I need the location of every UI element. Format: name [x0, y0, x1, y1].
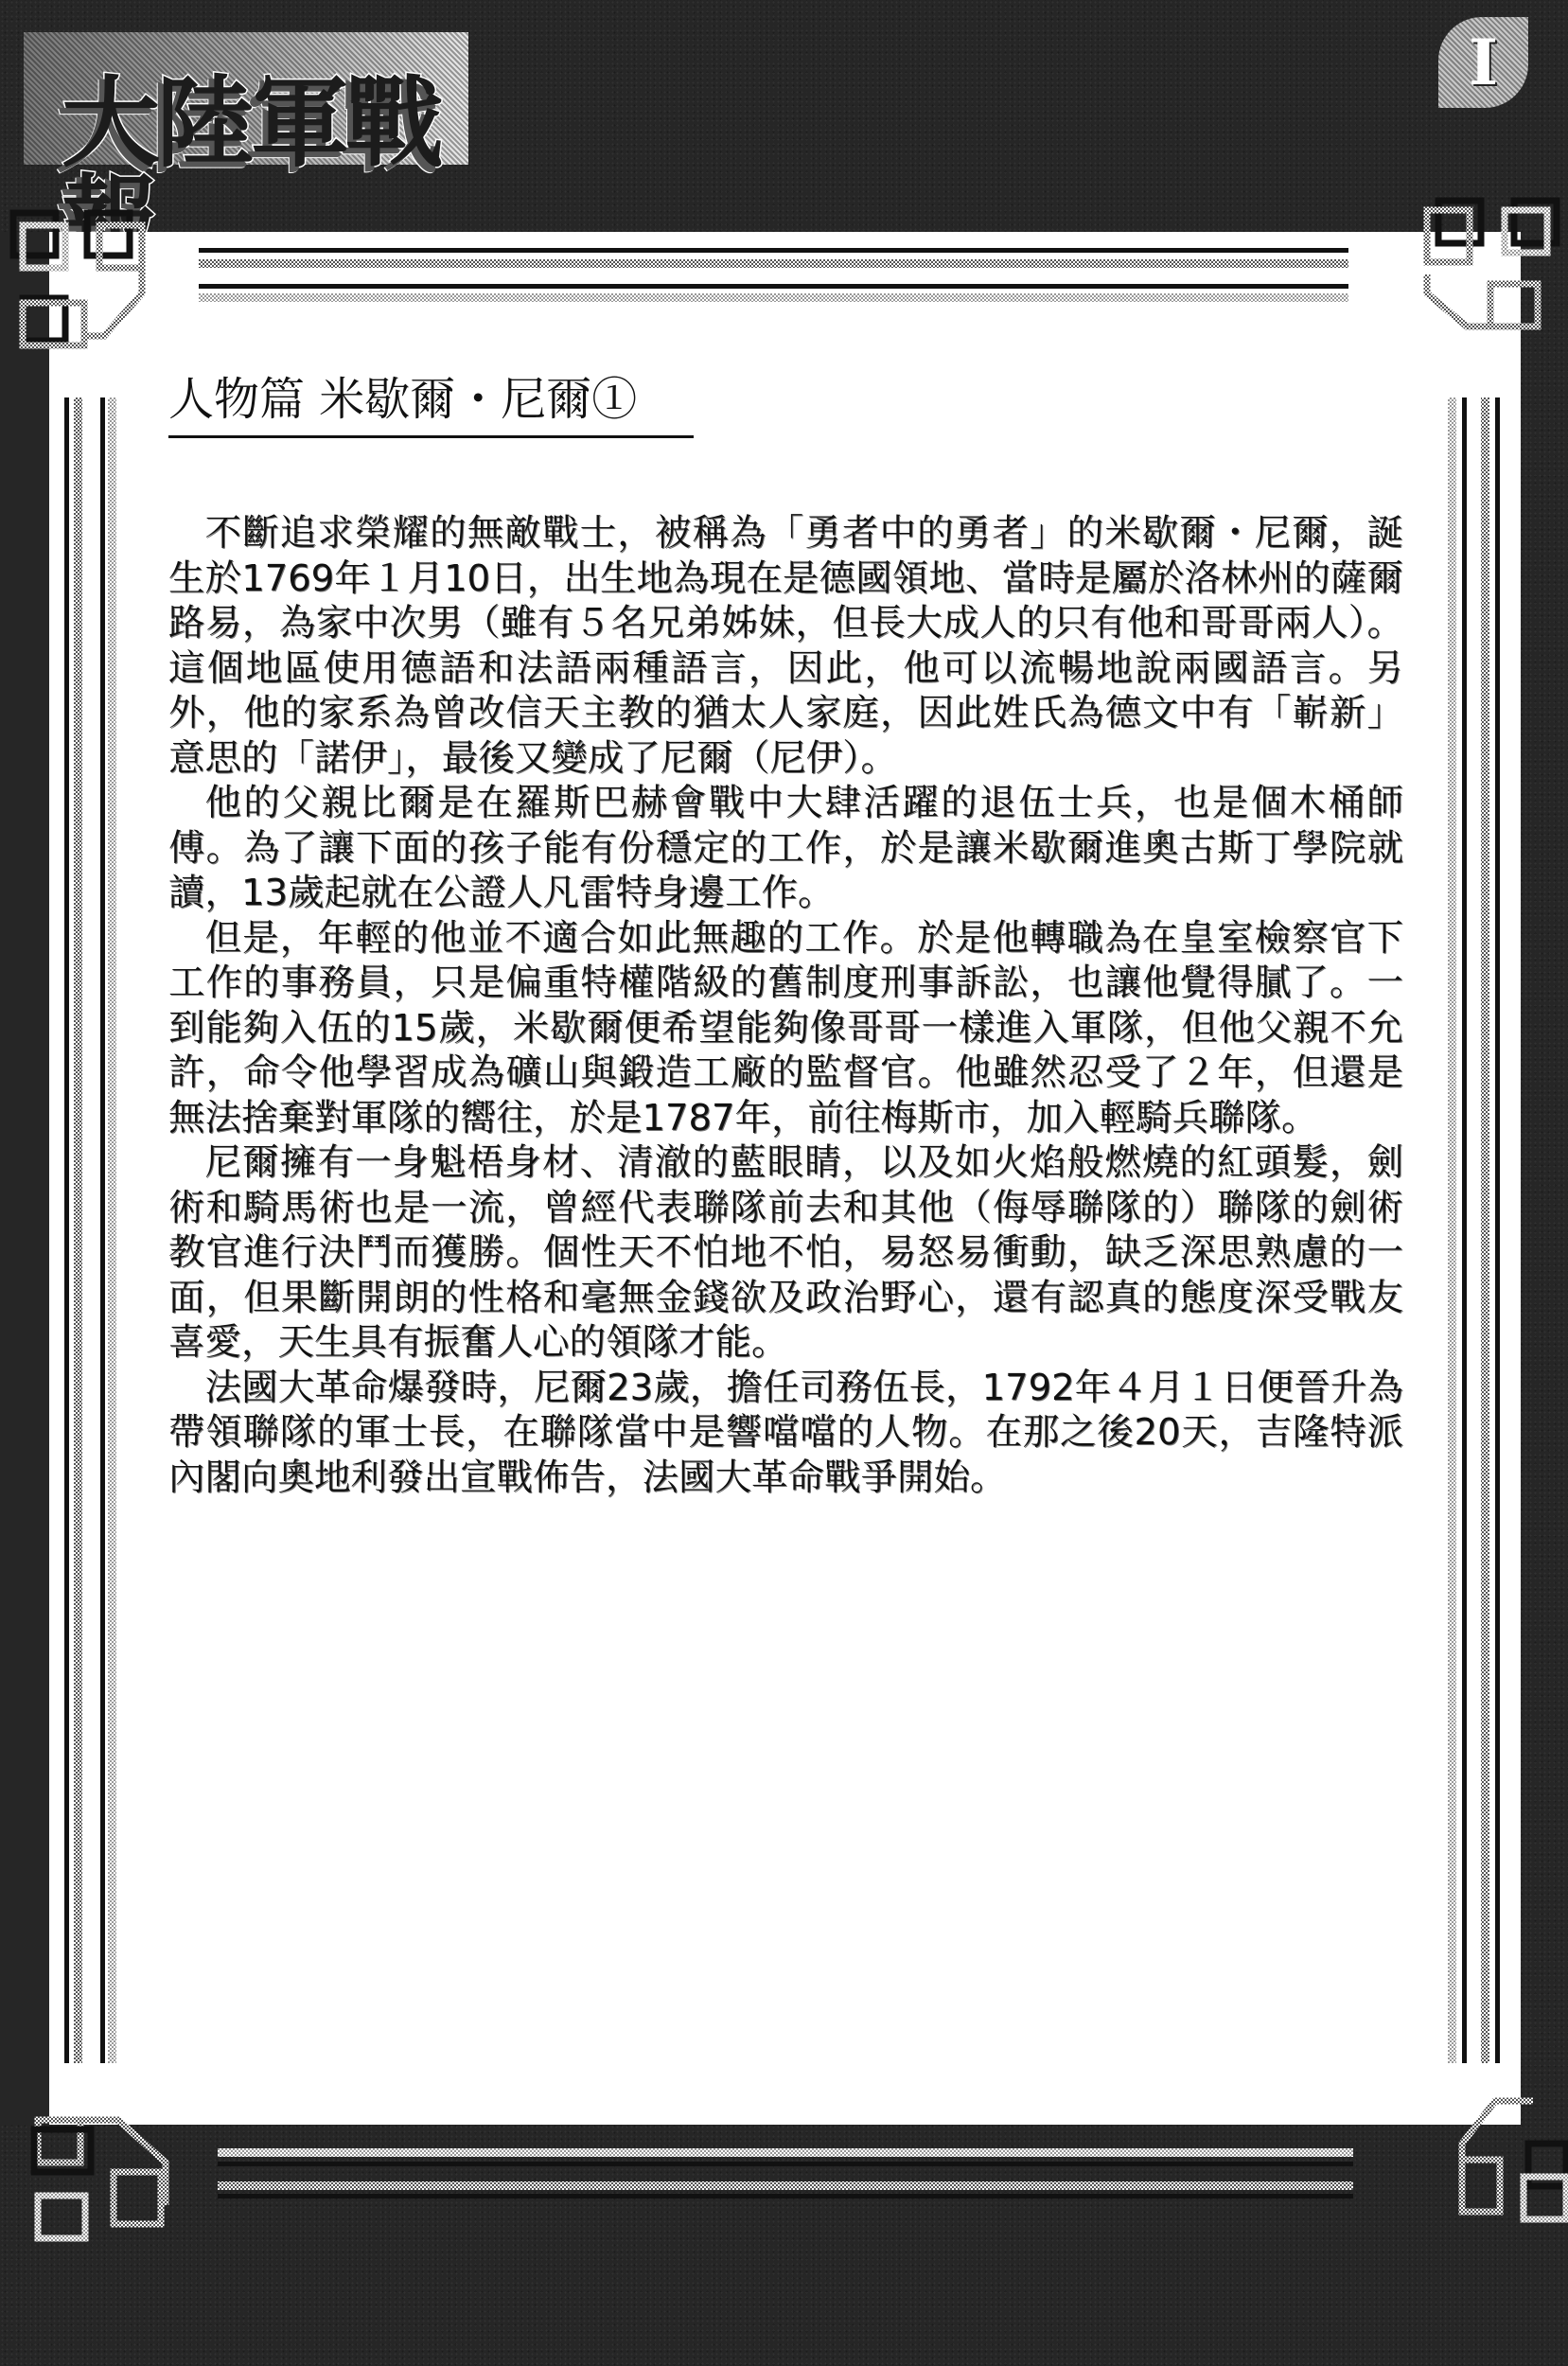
- heading-underline: [168, 435, 694, 438]
- article-heading: 人物篇 米歇爾・尼爾①: [168, 377, 637, 422]
- paragraph-4: 尼爾擁有一身魁梧身材、清澈的藍眼睛，以及如火焰般燃燒的紅頭髮，劍術和騎馬術也是一…: [168, 1140, 1403, 1366]
- chapter-marker-badge: I: [1438, 17, 1528, 108]
- paragraph-2: 他的父親比爾是在羅斯巴赫會戰中大肆活躍的退伍士兵，也是個木桶師傅。為了讓下面的孩…: [168, 781, 1403, 916]
- paragraph-3: 但是，年輕的他並不適合如此無趣的工作。於是他轉職為在皇室檢察官下工作的事務員，只…: [168, 916, 1403, 1141]
- article-page: 人物篇 米歇爾・尼爾① 不斷追求榮耀的無敵戰士，被稱為「勇者中的勇者」的米歇爾・…: [142, 312, 1429, 2035]
- paragraph-5: 法國大革命爆發時，尼爾23歲，擔任司務伍長，1792年４月１日便晉升為帶領聯隊的…: [168, 1366, 1403, 1501]
- series-title-banner: 大陸軍戰報: [24, 32, 468, 165]
- chapter-marker: I: [1469, 26, 1498, 99]
- paragraph-1: 不斷追求榮耀的無敵戰士，被稱為「勇者中的勇者」的米歇爾・尼爾，誕生於1769年１…: [168, 511, 1403, 781]
- article-body: 不斷追求榮耀的無敵戰士，被稱為「勇者中的勇者」的米歇爾・尼爾，誕生於1769年１…: [168, 511, 1403, 1500]
